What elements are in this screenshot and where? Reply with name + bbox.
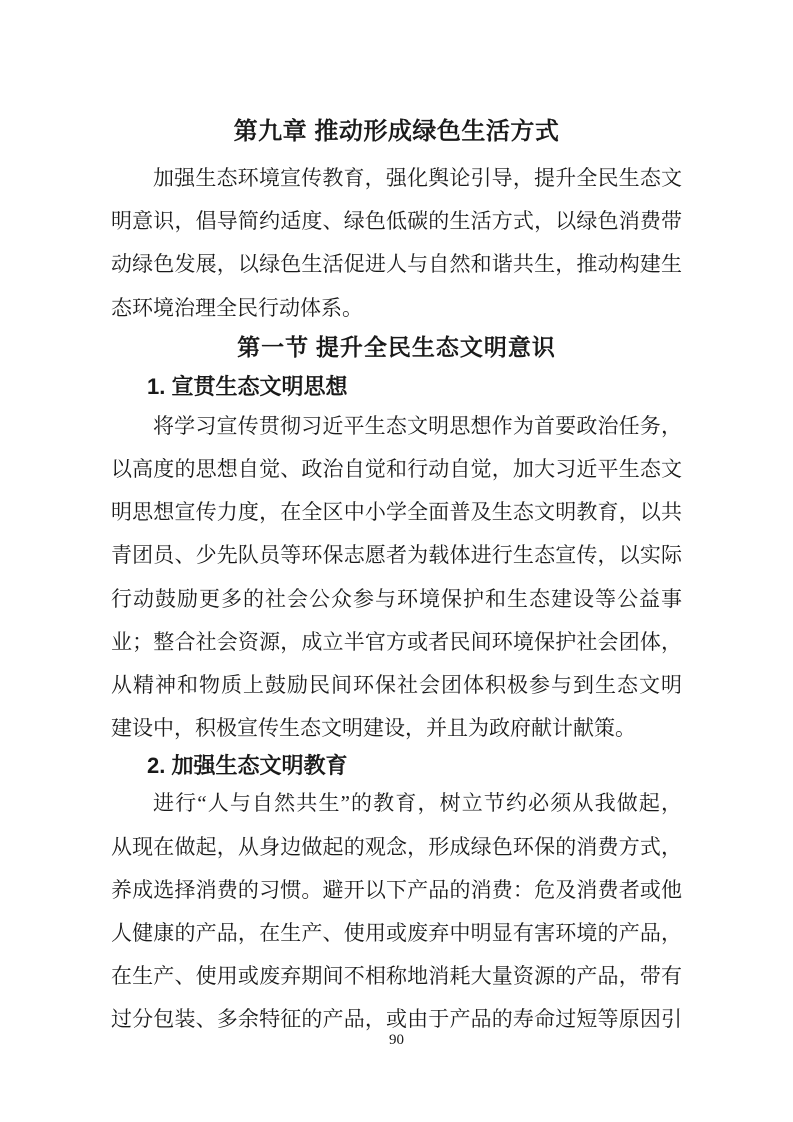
paragraph-line: 业；整合社会资源，成立半官方或者民间环境保护社会团体， xyxy=(111,621,682,664)
paragraph-line: 养成选择消费的习惯。避开以下产品的消费：危及消费者或他 xyxy=(111,869,682,912)
subsection2-paragraph: 进行“人与自然共生”的教育，树立节约必须从我做起， 从现在做起，从身边做起的观念… xyxy=(111,782,682,1041)
paragraph-line: 行动鼓励更多的社会公众参与环境保护和生态建设等公益事 xyxy=(111,578,682,621)
paragraph-line: 在生产、使用或废弃期间不相称地消耗大量资源的产品，带有 xyxy=(111,955,682,998)
paragraph-line: 建设中，积极宣传生态文明建设，并且为政府献计献策。 xyxy=(111,707,682,750)
paragraph-line: 进行“人与自然共生”的教育，树立节约必须从我做起， xyxy=(111,782,682,825)
document-page: 第九章 推动形成绿色生活方式 加强生态环境宣传教育，强化舆论引导，提升全民生态文… xyxy=(0,0,793,1122)
paragraph-line: 明意识，倡导简约适度、绿色低碳的生活方式，以绿色消费带 xyxy=(111,200,682,243)
intro-paragraph: 加强生态环境宣传教育，强化舆论引导，提升全民生态文 明意识，倡导简约适度、绿色低… xyxy=(111,157,682,330)
subsection-heading-1: 1. 宣贯生态文明思想 xyxy=(111,371,682,403)
paragraph-line: 青团员、少先队员等环保志愿者为载体进行生态宣传，以实际 xyxy=(111,534,682,577)
paragraph-line: 人健康的产品，在生产、使用或废弃中明显有害环境的产品， xyxy=(111,912,682,955)
paragraph-line: 明思想宣传力度，在全区中小学全面普及生态文明教育，以共 xyxy=(111,491,682,534)
paragraph-line: 以高度的思想自觉、政治自觉和行动自觉，加大习近平生态文 xyxy=(111,448,682,491)
chapter-title: 第九章 推动形成绿色生活方式 xyxy=(111,115,682,149)
paragraph-line: 加强生态环境宣传教育，强化舆论引导，提升全民生态文 xyxy=(111,157,682,200)
paragraph-line: 将学习宣传贯彻习近平生态文明思想作为首要政治任务， xyxy=(111,405,682,448)
page-number: 90 xyxy=(0,1030,793,1050)
paragraph-line: 从精神和物质上鼓励民间环保社会团体积极参与到生态文明 xyxy=(111,664,682,707)
paragraph-line: 动绿色发展，以绿色生活促进人与自然和谐共生，推动构建生 xyxy=(111,243,682,286)
paragraph-line: 从现在做起，从身边做起的观念，形成绿色环保的消费方式， xyxy=(111,826,682,869)
page-content: 第九章 推动形成绿色生活方式 加强生态环境宣传教育，强化舆论引导，提升全民生态文… xyxy=(111,0,682,1042)
paragraph-line: 态环境治理全民行动体系。 xyxy=(111,287,682,330)
subsection1-paragraph: 将学习宣传贯彻习近平生态文明思想作为首要政治任务， 以高度的思想自觉、政治自觉和… xyxy=(111,405,682,751)
section-title: 第一节 提升全民生态文明意识 xyxy=(111,330,682,366)
subsection-heading-2: 2. 加强生态文明教育 xyxy=(111,750,682,782)
